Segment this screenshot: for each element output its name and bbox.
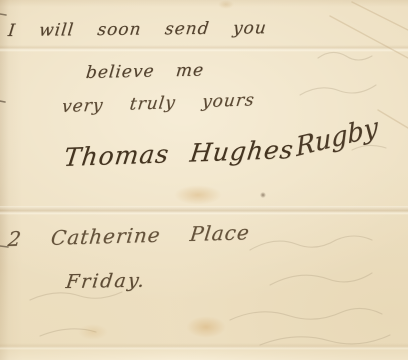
fold-crease-middle — [0, 206, 408, 215]
ink-speck — [260, 192, 266, 198]
signature-annotation: Rugby — [295, 112, 378, 163]
closing-line-2: believe me — [85, 61, 205, 84]
fold-crease-top — [0, 45, 408, 52]
date-line: Friday. — [65, 270, 148, 293]
paper-stain — [218, 0, 234, 9]
show-through-writing — [0, 0, 408, 360]
fold-crease-bottom — [0, 343, 408, 350]
paper-stain — [78, 324, 108, 340]
paper-stain — [186, 316, 226, 338]
closing-line-1: I will soon send you — [7, 18, 268, 41]
letter-page: I will soon send you believe me very tru… — [0, 0, 408, 360]
signature: Thomas Hughes — [62, 135, 295, 172]
closing-line-3: very truly yours — [61, 90, 256, 117]
paper-stain — [174, 185, 222, 205]
address-line: 2 Catherine Place — [7, 220, 252, 251]
